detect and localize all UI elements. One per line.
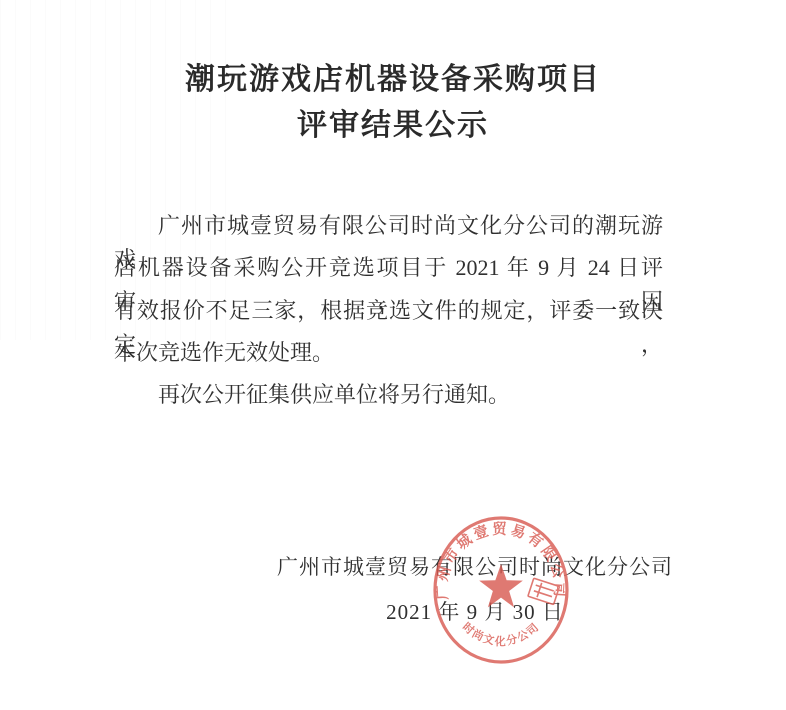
body-paragraph1-line1: 广州市城壹贸易有限公司时尚文化分公司的潮玩游戏 (114, 209, 663, 243)
body-paragraph1-line2: 店机器设备采购公开竞选项目于 2021 年 9 月 24 日评审，因 (114, 251, 663, 285)
signature-block: 广州市城壹贸易有限公司时尚文化分公司 2021 年 9 月 30 日 (277, 552, 673, 627)
document-title-line1: 潮玩游戏店机器设备采购项目 (0, 57, 786, 103)
document-title-line2: 评审结果公示 (0, 103, 786, 149)
body-paragraph1-line3: 有效报价不足三家，根据竞选文件的规定，评委一致决定， (114, 294, 663, 328)
body-paragraph1-line4: 本次竞选作无效处理。 (114, 336, 663, 370)
body-paragraph2-line1: 再次公开征集供应单位将另行通知。 (114, 378, 663, 412)
signature-company-name: 广州市城壹贸易有限公司时尚文化分公司 (277, 552, 673, 582)
document-page: 潮玩游戏店机器设备采购项目 评审结果公示 广州市城壹贸易有限公司时尚文化分公司的… (0, 0, 786, 710)
signature-date: 2021 年 9 月 30 日 (277, 597, 673, 627)
